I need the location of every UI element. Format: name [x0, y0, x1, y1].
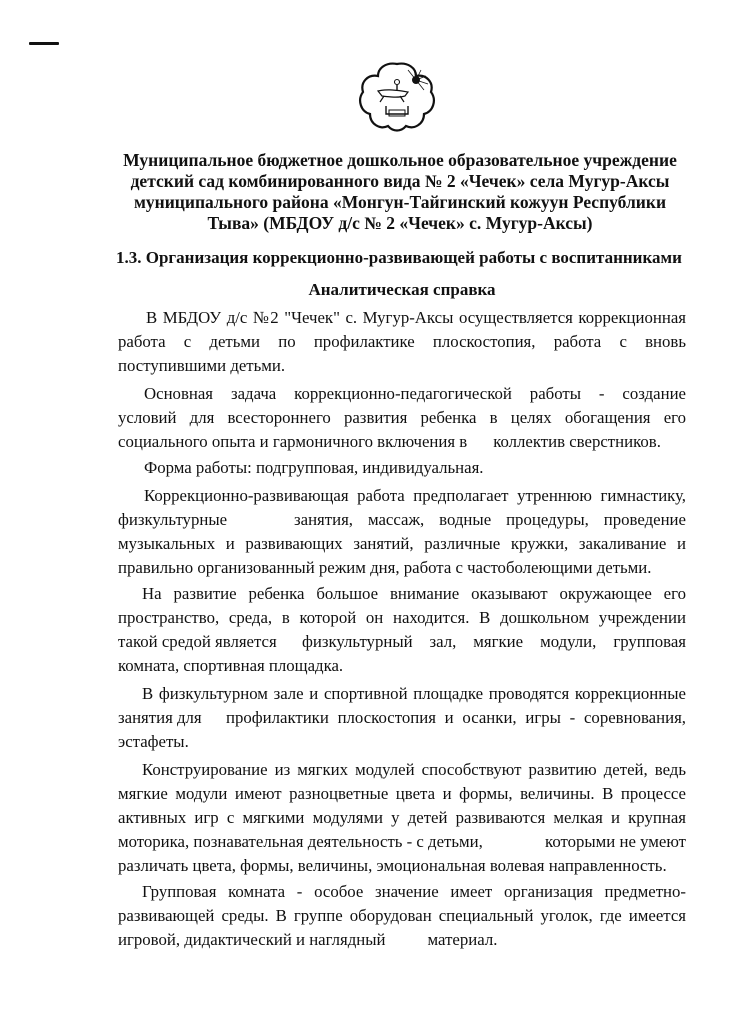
paragraph-6-line-2-part-2: профилактики плоскостопия и осанки, игры…	[226, 708, 686, 728]
paragraph-4-line-1: Коррекционно-развивающая работа предпола…	[118, 486, 686, 506]
paragraph-8-line-3-part-2: материал.	[428, 930, 498, 949]
paragraph-3-line-1: Форма работы: подгрупповая, индивидуальн…	[118, 458, 712, 478]
paragraph-2-line-3-part-1: социального опыта и гармоничного включен…	[118, 432, 467, 451]
paragraph-8-line-3: игровой, дидактический и наглядныйматери…	[118, 930, 686, 950]
paragraph-4-line-2-part-1: физкультурные	[118, 510, 227, 530]
paragraph-4-line-2-part-2: занятия, массаж, водные процедуры, прове…	[294, 510, 686, 530]
paragraph-7-line-4: моторика, познавательная деятельность - …	[118, 832, 686, 852]
paragraph-5-line-3: такой средой является физкультурный зал,…	[118, 632, 686, 652]
paragraph-5-line-2: пространство, среда, в которой он находи…	[118, 608, 686, 628]
paragraph-2-line-2: условий для всестороннего развития ребен…	[118, 408, 686, 428]
paragraph-6-line-3: эстафеты.	[118, 732, 686, 752]
paragraph-5-line-1: На развитие ребенка большое внимание ока…	[118, 584, 686, 604]
paragraph-5-line-3-part-2: физкультурный зал, мягкие модули, группо…	[302, 632, 686, 652]
paragraph-4-line-4: правильно организованный режим дня, рабо…	[118, 558, 686, 578]
paragraph-8-line-1: Групповая комната - особое значение имее…	[118, 882, 686, 902]
paragraph-4-line-2: физкультурные занятия, массаж, водные пр…	[118, 510, 686, 530]
paragraph-2-line-3: социального опыта и гармоничного включен…	[118, 432, 686, 452]
paragraph-8-line-2: развивающей среды. В группе оборудован с…	[118, 906, 686, 926]
paragraph-7-line-4-part-2: которыми не умеют	[545, 832, 686, 852]
paragraph-6-line-2: занятия для профилактики плоскостопия и …	[118, 708, 686, 728]
paragraph-7-line-3: активных игр с мягкими модулями у детей …	[118, 808, 686, 828]
subtitle: Аналитическая справка	[118, 280, 686, 300]
institution-header-line-3: муниципального района «Монгун-Тайгинский…	[100, 192, 700, 212]
paragraph-7-line-2: мягкие модули имеют разноцветные цвета и…	[118, 784, 686, 804]
paragraph-1-line-3: поступившими детьми.	[118, 356, 686, 376]
tuva-emblem-icon	[356, 60, 438, 134]
scan-mark-dash	[29, 42, 59, 45]
paragraph-2-line-3-part-2: коллектив сверстников.	[493, 432, 661, 451]
paragraph-4-line-3: музыкальных и развивающих занятий, разли…	[118, 534, 686, 554]
institution-header-line-1: Муниципальное бюджетное дошкольное образ…	[100, 150, 700, 170]
paragraph-5-line-3-part-1: такой средой является	[118, 632, 277, 652]
paragraph-6-line-1: В физкультурном зале и спортивной площад…	[118, 684, 686, 704]
paragraph-7-line-5: различать цвета, формы, величины, эмоцио…	[118, 856, 686, 876]
institution-header-line-2: детский сад комбинированного вида № 2 «Ч…	[100, 171, 700, 191]
paragraph-7-line-4-part-1: моторика, познавательная деятельность - …	[118, 832, 483, 852]
paragraph-8-line-3-part-1: игровой, дидактический и наглядный	[118, 930, 386, 949]
paragraph-1-line-1: В МБДОУ д/с №2 "Чечек" с. Мугур-Аксы осу…	[118, 308, 686, 328]
section-title: 1.3. Организация коррекционно-развивающе…	[116, 248, 684, 268]
paragraph-7-line-1: Конструирование из мягких модулей способ…	[118, 760, 686, 780]
institution-header-line-4: Тыва» (МБДОУ д/с № 2 «Чечек» с. Мугур-Ак…	[100, 213, 700, 233]
paragraph-5-line-4: комната, спортивная площадка.	[118, 656, 686, 676]
paragraph-6-line-2-part-1: занятия для	[118, 708, 202, 728]
paragraph-1-line-2: работа с детьми по профилактике плоскост…	[118, 332, 686, 352]
paragraph-2-line-1: Основная задача коррекционно-педагогичес…	[118, 384, 686, 404]
